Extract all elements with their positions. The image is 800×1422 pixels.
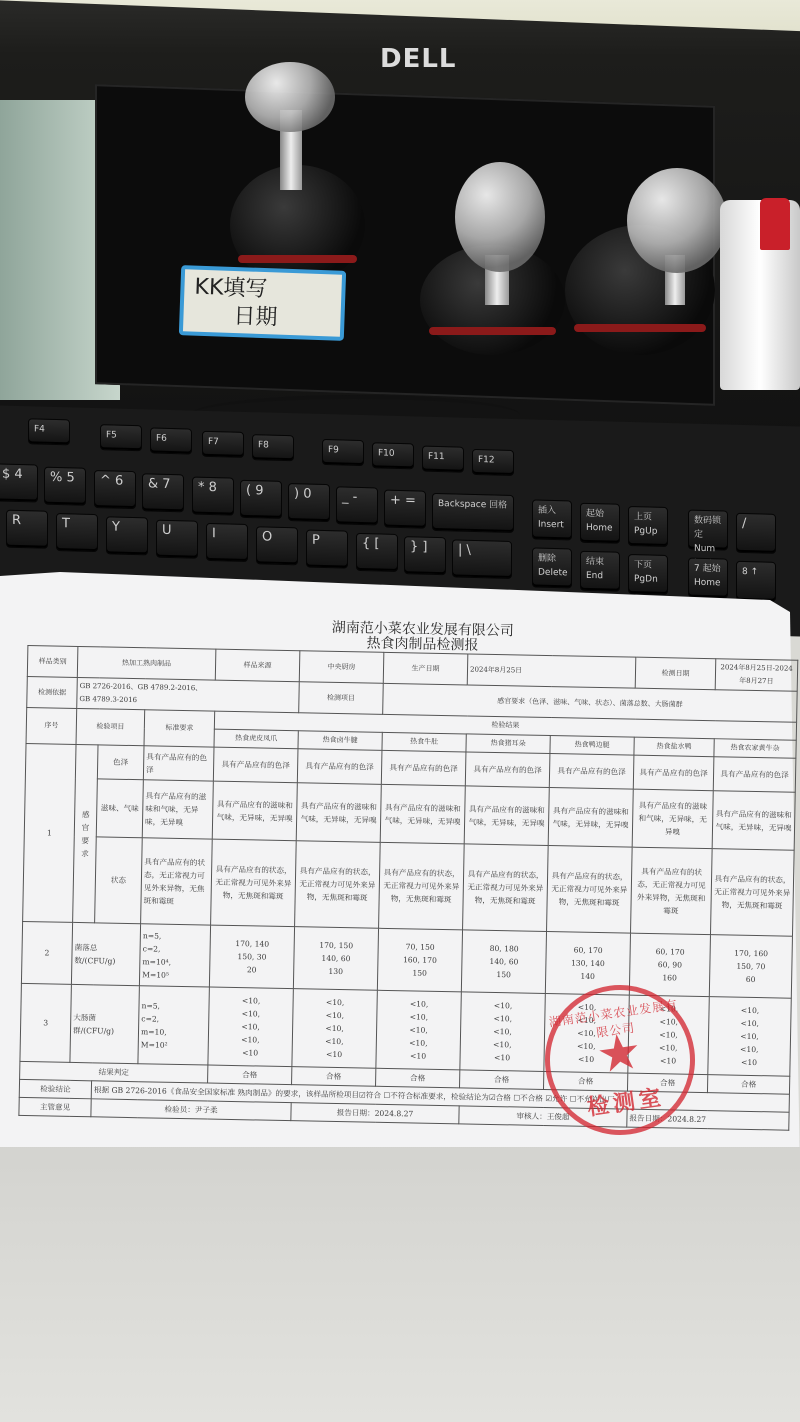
seq-cell: 1 [23,743,76,922]
result-cell: 具有产品应有的色泽 [633,755,714,791]
result-cell: 具有产品应有的色泽 [713,757,796,793]
standard-cell: n=5,c=2,m=10,M=10² [138,986,209,1065]
key-bracket-right[interactable]: } ] [404,536,446,575]
result-cell: 具有产品应有的色泽 [381,750,466,786]
sub-item-name: 色泽 [97,745,144,780]
key-numpad-slash[interactable]: / [736,513,776,554]
result-cell: 具有产品应有的状态，无正常视力可见外来异物，无焦斑和霉斑 [379,842,465,930]
product-header: 热食鸭边腿 [550,736,634,756]
key-pgup[interactable]: 上页 PgUp [628,506,668,547]
key-numpad-7[interactable]: 7 起始 Home [688,558,728,599]
result-cell: 170, 140150, 3020 [209,925,294,989]
result-cell: <10,<10,<10,<10,<10 [460,992,545,1072]
key-f4[interactable]: F4 [28,418,70,445]
standard-header: 标准要求 [144,710,215,747]
standard-cell: 具有产品应有的色泽 [143,746,214,781]
verdict-cell: 合格 [376,1068,460,1088]
seq-cell: 2 [21,921,72,984]
result-cell: 具有产品应有的滋味和气味，无异味，无异嗅 [464,786,549,846]
sub-item-name: 滋味、气味 [96,779,143,838]
product-header: 热食牛肚 [382,732,466,752]
production-date-label: 生产日期 [383,652,468,685]
items-label: 检测项目 [299,682,384,715]
sample-source: 中央厨房 [299,651,384,684]
key-bracket-left[interactable]: { [ [356,533,398,572]
key-r[interactable]: R [6,510,48,549]
table-row: 状态具有产品应有的状态，无正常视力可见外来异物，无焦斑和霉斑具有产品应有的状态，… [23,835,795,936]
result-cell: 70, 150160, 170150 [377,928,462,992]
conclusion-label: 检验结论 [19,1079,91,1098]
key-f8[interactable]: F8 [252,434,294,461]
key-numlock[interactable]: 数码锁定 Num Lock [688,510,728,551]
result-cell: <10,<10,<10,<10,<10 [708,997,791,1077]
sticky-label: KK填写 日期 [179,265,346,341]
sticky-label-line-2: 日期 [193,302,331,335]
glue-bottle-cap [760,198,790,250]
result-cell: 具有产品应有的状态，无正常视力可见外来异物，无焦斑和霉斑 [295,841,381,929]
key-7[interactable]: & 7 [142,473,184,512]
key-t[interactable]: T [56,513,98,552]
crystal-knob-1 [245,62,335,132]
standard-cell: n=5,c=2,m=10⁴,M=10⁵ [139,924,210,987]
result-cell: 具有产品应有的状态，无正常视力可见外来异物，无焦斑和霉斑 [547,846,633,934]
key-9[interactable]: ( 9 [240,480,282,519]
key-i[interactable]: I [206,523,248,562]
key-pgdn[interactable]: 下页 PgDn [628,554,668,595]
dell-logo: DELL [380,44,456,74]
key-minus[interactable]: _ - [336,486,378,525]
result-cell: 具有产品应有的色泽 [213,747,298,783]
result-cell: 具有产品应有的状态，无正常视力可见外来异物，无焦斑和霉斑 [211,839,297,927]
key-f11[interactable]: F11 [422,446,464,473]
seq-header: 序号 [26,707,77,744]
result-cell: 170, 160150, 7060 [709,935,792,999]
item-name: 大肠菌群/(CFU/g) [70,984,139,1063]
result-cell: 具有产品应有的状态，无正常视力可见外来异物，无焦斑和霉斑 [463,844,549,932]
key-u[interactable]: U [156,520,198,559]
verdict-cell: 合格 [460,1070,544,1090]
key-f10[interactable]: F10 [372,442,414,469]
product-header: 热食盐水鸭 [634,737,714,757]
key-insert[interactable]: 插入 Insert [532,499,572,540]
key-f6[interactable]: F6 [150,427,192,454]
sample-category: 热加工熟肉制品 [77,646,216,680]
product-header: 热食农家黄牛杂 [714,739,796,759]
result-cell: 80, 180140, 60150 [461,930,546,994]
key-numpad-8[interactable]: 8 ↑ [736,561,776,602]
result-cell: 具有产品应有的滋味和气味，无异味，无异嗅 [380,784,465,844]
result-cell: 具有产品应有的滋味和气味，无异味，无异嗅 [712,791,795,851]
result-cell: 具有产品应有的状态，无正常视力可见外来异物，无焦斑和霉斑 [631,847,713,935]
report-date-1: 报告日期：2024.8.27 [291,1103,459,1124]
sub-item-name: 状态 [95,837,143,924]
key-f12[interactable]: F12 [472,449,514,476]
basis-line-2: GB 4789.3-2016 [79,693,296,710]
result-cell: 具有产品应有的色泽 [549,754,634,790]
key-y[interactable]: Y [106,516,148,555]
verdict-cell: 合格 [707,1075,789,1095]
supervisor-label: 主管意见 [19,1097,91,1116]
result-cell: 具有产品应有的滋味和气味，无异味，无异嗅 [212,781,297,841]
product-header: 热食虎皮凤爪 [214,729,298,749]
key-p[interactable]: P [306,530,348,569]
verdict-cell: 合格 [208,1065,292,1085]
item-header: 检验项目 [76,708,145,745]
basis-label: 检测依据 [27,676,78,708]
key-home[interactable]: 起始 Home [580,503,620,544]
result-cell: 具有产品应有的滋味和气味，无异味，无异嗅 [296,783,381,843]
key-f9[interactable]: F9 [322,439,364,466]
sample-source-label: 样品来源 [215,649,300,682]
crystal-knob-2 [455,162,545,272]
result-cell: <10,<10,<10,<10,<10 [376,990,461,1070]
key-6[interactable]: ^ 6 [94,470,136,509]
result-cell: 具有产品应有的状态，无正常视力可见外来异物，无焦斑和霉斑 [710,849,794,937]
sticky-label-line-1: KK填写 [194,274,332,307]
result-cell: 具有产品应有的滋味和气味，无异味，无异嗅 [548,788,633,848]
key-4[interactable]: $ 4 [0,463,38,502]
product-header: 热食猪耳朵 [466,734,550,754]
result-cell: 具有产品应有的色泽 [465,752,550,788]
sensory-section: 1感官要求色泽具有产品应有的色泽具有产品应有的色泽具有产品应有的色泽具有产品应有… [23,743,796,936]
product-header: 热食卤牛腱 [298,731,382,751]
test-date: 2024年8月25日-2024年8月27日 [715,659,798,692]
key-f7[interactable]: F7 [202,431,244,458]
verdict-cell: 合格 [292,1067,376,1087]
crystal-knob-3 [627,168,727,273]
item-name: 菌落总数/(CFU/g) [71,922,140,985]
key-equals[interactable]: + = [384,490,426,529]
key-8[interactable]: * 8 [192,477,234,516]
result-cell: <10,<10,<10,<10,<10 [208,987,293,1067]
key-backspace[interactable]: Backspace 回格 [432,493,514,533]
result-cell: 170, 150140, 60130 [293,927,378,991]
standard-cell: 具有产品应有的滋味和气味，无异味，无异嗅 [142,780,213,839]
standard-cell: 具有产品应有的状态，无正常视力可见外来异物，无焦斑和霉斑 [141,838,213,925]
inspector: 检验员：尹子柔 [91,1099,291,1121]
basis: GB 2726-2016、GB 4789.2-2016、 GB 4789.3-2… [77,677,300,712]
key-0[interactable]: ) 0 [288,483,330,522]
key-end[interactable]: 结束 End [580,551,620,592]
seq-cell: 3 [20,983,71,1062]
test-date-label: 检测日期 [635,657,716,690]
key-5[interactable]: % 5 [44,467,86,506]
key-o[interactable]: O [256,526,298,565]
result-cell: <10,<10,<10,<10,<10 [292,989,377,1069]
result-cell: 具有产品应有的色泽 [297,749,382,785]
key-delete[interactable]: 删除 Delete [532,547,572,588]
sample-category-label: 样品类别 [27,646,78,678]
desk-surface-bottom [0,1140,800,1422]
result-cell: 具有产品应有的滋味和气味，无异味，无异嗅 [632,789,713,849]
key-f5[interactable]: F5 [100,424,142,451]
key-backslash[interactable]: | \ [452,539,512,579]
production-date: 2024年8月25日 [467,654,636,688]
